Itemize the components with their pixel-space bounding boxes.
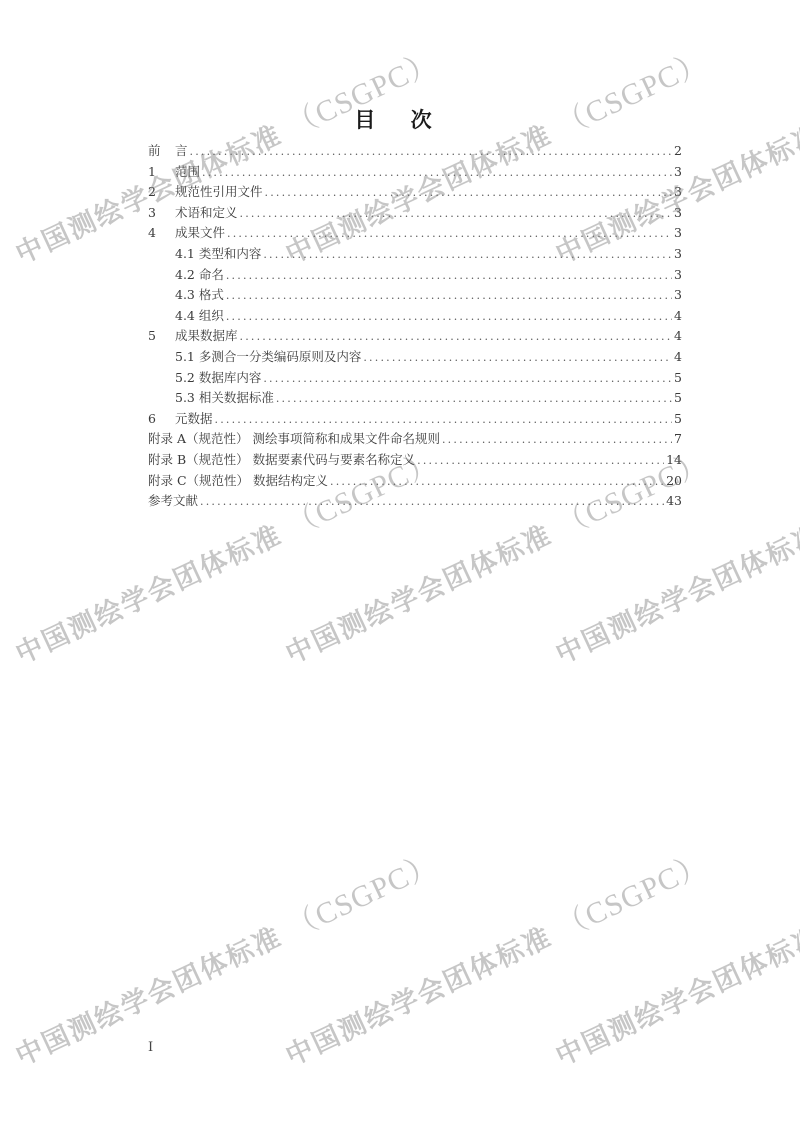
toc-entry-number: 前 [148,141,175,162]
dot-leader [363,348,672,369]
toc-entry-5-2[interactable]: 5.2 数据库内容 5 [148,368,682,389]
toc-entry-label: 附录 C（规范性） 数据结构定义 [148,471,328,492]
toc-entry-label: 术语和定义 [175,203,238,224]
toc-entry-label: 附录 A（规范性） 测绘事项简称和成果文件命名规则 [148,429,440,450]
toc-entry-appendix-a[interactable]: 附录 A（规范性） 测绘事项简称和成果文件命名规则 7 [148,429,682,450]
watermark-text-cn: 中国测绘学会团体标准 [11,520,287,671]
toc-entry-page: 4 [674,306,682,327]
toc-entry-page: 2 [674,141,682,162]
toc-entry-number: 6 [148,409,175,430]
toc-entry-number: 5 [148,326,175,347]
toc-entry-number: 4 [148,223,175,244]
toc-entry-page: 4 [674,326,682,347]
dot-leader [226,307,672,328]
watermark-text-cn: 中国测绘学会团体标准 [551,520,800,671]
toc-entry-page: 3 [674,223,682,244]
toc-entry-4-1[interactable]: 4.1 类型和内容 3 [148,244,682,265]
table-of-contents: 前 言 2 1 范围 3 2 规范性引用文件 3 3 术语和定义 3 4 成果文… [148,141,682,512]
toc-entry-foreword[interactable]: 前 言 2 [148,141,682,162]
dot-leader [240,204,672,225]
toc-entry-result-database[interactable]: 5 成果数据库 4 [148,326,682,347]
toc-entry-appendix-b[interactable]: 附录 B（规范性） 数据要素代码与要素名称定义 14 [148,450,682,471]
toc-entry-page: 4 [674,347,682,368]
toc-entry-page: 3 [674,162,682,183]
toc-entry-page: 3 [674,244,682,265]
toc-entry-5-3[interactable]: 5.3 相关数据标准 5 [148,388,682,409]
page-number: I [148,1040,153,1055]
watermark-text-en: （CSGPC） [552,847,713,945]
dot-leader [442,430,672,451]
watermark-text-cn: 中国测绘学会团体标准 [281,922,557,1073]
toc-entry-appendix-c[interactable]: 附录 C（规范性） 数据结构定义 20 [148,471,682,492]
toc-entry-label: 言 [175,141,188,162]
toc-entry-label: 4.1 类型和内容 [175,244,261,265]
dot-leader [226,266,672,287]
toc-entry-number: 3 [148,203,175,224]
toc-entry-normative-references[interactable]: 2 规范性引用文件 3 [148,182,682,203]
dot-leader [226,286,672,307]
toc-entry-label: 5.2 数据库内容 [175,368,261,389]
toc-entry-label: 范围 [175,162,200,183]
dot-leader [263,245,672,266]
watermark-text-cn: 中国测绘学会团体标准 [551,922,800,1073]
dot-leader [240,327,672,348]
dot-leader [263,369,672,390]
toc-entry-label: 规范性引用文件 [175,182,263,203]
toc-entry-page: 5 [674,409,682,430]
dot-leader [227,224,672,245]
toc-entry-metadata[interactable]: 6 元数据 5 [148,409,682,430]
toc-entry-label: 4.4 组织 [175,306,224,327]
toc-entry-page: 3 [674,182,682,203]
toc-entry-label: 5.1 多测合一分类编码原则及内容 [175,347,361,368]
dot-leader [200,492,664,513]
toc-title: 目 次 [0,104,800,134]
toc-entry-4-3[interactable]: 4.3 格式 3 [148,285,682,306]
toc-entry-number: 2 [148,182,175,203]
toc-entry-label: 4.2 命名 [175,265,224,286]
toc-entry-page: 3 [674,285,682,306]
toc-entry-label: 成果数据库 [175,326,238,347]
watermark: 中国测绘学会团体标准（CSGPC） [546,839,800,1074]
toc-entry-5-1[interactable]: 5.1 多测合一分类编码原则及内容 4 [148,347,682,368]
watermark: 中国测绘学会团体标准（CSGPC） [6,839,443,1074]
toc-entry-number: 1 [148,162,175,183]
toc-entry-label: 元数据 [175,409,213,430]
watermark: 中国测绘学会团体标准（CSGPC） [276,839,713,1074]
watermark-text-cn: 中国测绘学会团体标准 [281,520,557,671]
toc-entry-label: 附录 B（规范性） 数据要素代码与要素名称定义 [148,450,415,471]
toc-entry-page: 5 [674,368,682,389]
dot-leader [202,163,672,184]
toc-entry-page: 7 [674,429,682,450]
toc-entry-4-2[interactable]: 4.2 命名 3 [148,265,682,286]
dot-leader [276,389,672,410]
toc-entry-page: 43 [666,491,682,512]
toc-entry-label: 成果文件 [175,223,225,244]
toc-entry-bibliography[interactable]: 参考文献 43 [148,491,682,512]
dot-leader [265,183,672,204]
dot-leader [330,472,664,493]
toc-entry-page: 14 [666,450,682,471]
toc-entry-result-files[interactable]: 4 成果文件 3 [148,223,682,244]
dot-leader [190,142,672,163]
toc-entry-label: 5.3 相关数据标准 [175,388,274,409]
toc-entry-page: 3 [674,265,682,286]
toc-entry-label: 参考文献 [148,491,198,512]
toc-entry-page: 3 [674,203,682,224]
toc-entry-label: 4.3 格式 [175,285,224,306]
dot-leader [215,410,672,431]
toc-entry-scope[interactable]: 1 范围 3 [148,162,682,183]
document-page: 目 次 前 言 2 1 范围 3 2 规范性引用文件 3 3 术语和定义 3 4 [0,0,800,1131]
toc-entry-4-4[interactable]: 4.4 组织 4 [148,306,682,327]
toc-entry-page: 5 [674,388,682,409]
watermark-text-en: （CSGPC） [282,847,443,945]
toc-entry-terms-definitions[interactable]: 3 术语和定义 3 [148,203,682,224]
toc-entry-page: 20 [666,471,682,492]
dot-leader [417,451,664,472]
